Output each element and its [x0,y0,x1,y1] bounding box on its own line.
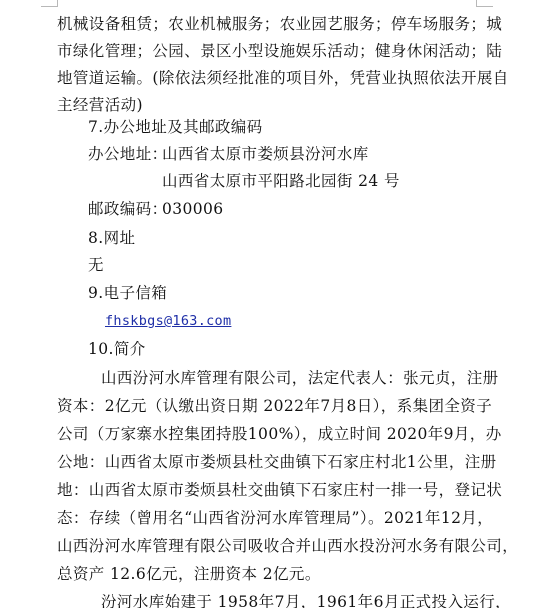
address-line-2: 山西省太原市平阳路北园街 24 号 [162,168,400,195]
section-9-heading: 9.电子信箱 [88,280,167,307]
scope-line-3: 地管道运输。(除依法须经批准的项目外，凭营业执照依法开展自 [57,65,479,92]
address-label: 办公地址： [88,141,168,168]
scope-line-1: 机械设备租赁；农业机械服务；农业园艺服务；停车场服务；城 [57,11,479,38]
postcode-label: 邮政编码： [88,196,168,223]
intro-line-2: 资本：2亿元（认缴出资日期 2022年7月8日），系集团全资子 [57,393,479,420]
postcode-value: 030006 [162,196,224,223]
website-value: 无 [88,252,104,279]
address-line-1: 山西省太原市娄烦县汾河水库 [162,141,369,168]
intro-line-5: 地：山西省太原市娄烦县杜交曲镇下石家庄村一排一号，登记状 [57,477,479,504]
intro-line-7: 山西汾河水库管理有限公司吸收合并山西水投汾河水务有限公司， [57,533,479,560]
page-corner-mark-right [476,0,493,7]
intro-line-8: 总资产 12.6亿元，注册资本 2亿元。 [57,561,321,588]
scope-line-2: 市绿化管理；公园、景区小型设施娱乐活动；健身休闲活动；陆 [57,38,479,65]
intro-line-1: 山西汾河水库管理有限公司，法定代表人：张元贞，注册 [57,365,479,392]
intro-line-3: 公司（万家寨水控集团持股100%），成立时间 2020年9月，办 [57,421,479,448]
email-link[interactable]: fhskbgs@163.com [105,308,231,335]
section-8-heading: 8.网址 [88,225,135,252]
section-7-heading: 7.办公地址及其邮政编码 [88,114,263,141]
history-line-1: 汾河水库始建于 1958年7月，1961年6月正式投入运行， [57,589,479,608]
page-corner-mark-left [41,0,58,7]
intro-line-6: 态：存续（曾用名“山西省汾河水库管理局”）。2021年12月， [57,505,479,532]
section-10-heading: 10.简介 [88,336,146,363]
intro-line-4: 公地：山西省太原市娄烦县杜交曲镇下石家庄村北1公里，注册 [57,449,479,476]
